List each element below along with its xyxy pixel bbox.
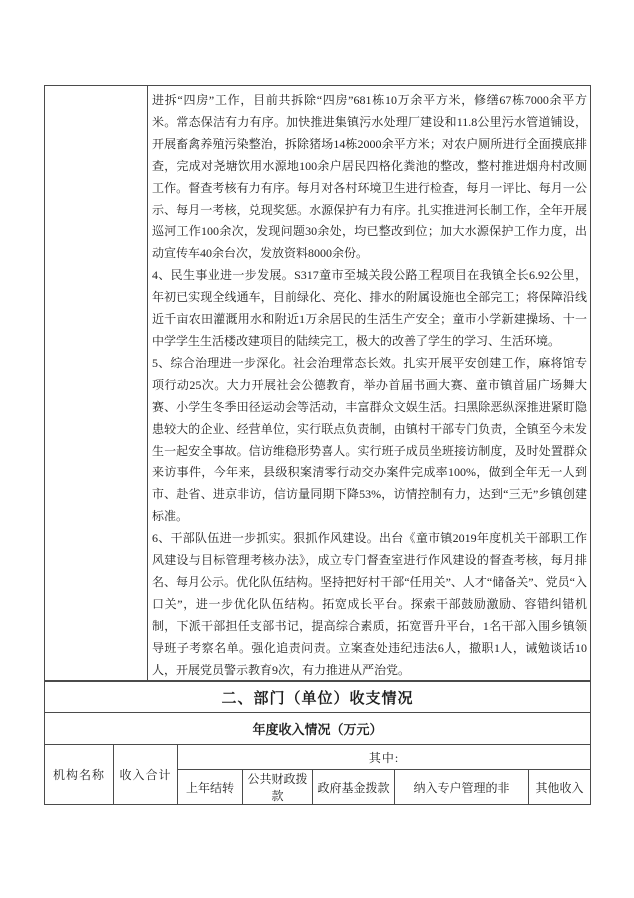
other-income-header-cell: 其他收入 [529, 770, 590, 804]
carryover-header-label: 上年结转 [186, 779, 234, 796]
gov-fund-header-cell: 政府基金拨款 [313, 770, 395, 804]
org-name-header-label: 机构名称 [53, 766, 105, 783]
section2-heading-row: 二、部门（单位）收支情况 [45, 680, 590, 712]
public-finance-header-label: 公共财政拨款 [243, 770, 312, 804]
summary-paragraph-item5: 5、综合治理进一步深化。社会治理常态长效。扎实开展平安创建工作，麻将馆专项行动2… [152, 353, 587, 528]
report-table: 进拆“四房”工作，目前共拆除“四房”681栋10万余平方米，修缮67栋7000余… [44, 85, 591, 805]
total-income-header-label: 收入合计 [119, 766, 171, 783]
row-label-cell [45, 86, 148, 680]
summary-row: 进拆“四房”工作，目前共拆除“四房”681栋10万余平方米，修缮67栋7000余… [45, 86, 590, 680]
income-header-row: 机构名称 收入合计 其中: 上年结转 公共财政拨款 政府基金拨款 [45, 744, 590, 804]
summary-paragraph-continuation: 进拆“四房”工作，目前共拆除“四房”681栋10万余平方米，修缮67栋7000余… [152, 90, 587, 265]
document-page: 进拆“四房”工作，目前共拆除“四房”681栋10万余平方米，修缮67栋7000余… [0, 0, 634, 898]
carryover-header-cell: 上年结转 [178, 770, 243, 804]
income-subcolumns-row: 上年结转 公共财政拨款 政府基金拨款 纳入专户管理的非 其他收入 [178, 770, 590, 804]
work-summary-cell: 进拆“四房”工作，目前共拆除“四房”681栋10万余平方米，修缮67栋7000余… [148, 86, 590, 680]
summary-paragraph-item4: 4、民生事业进一步发展。S317童市至城关段公路工程项目在我镇全长6.92公里，… [152, 265, 587, 353]
special-account-header-cell: 纳入专户管理的非 [395, 770, 529, 804]
income-subheading: 年度收入情况（万元） [252, 719, 382, 738]
gov-fund-header-label: 政府基金拨款 [317, 779, 389, 796]
total-income-header-cell: 收入合计 [114, 745, 178, 804]
among-which-label: 其中: [369, 749, 399, 766]
special-account-header-label: 纳入专户管理的非 [413, 779, 509, 796]
among-which-group: 其中: 上年结转 公共财政拨款 政府基金拨款 纳入专户管理的非 [178, 745, 590, 804]
income-subheading-row: 年度收入情况（万元） [45, 712, 590, 744]
summary-paragraph-item6: 6、干部队伍进一步抓实。狠抓作风建设。出台《童市镇2019年度机关干部职工作风建… [152, 528, 587, 680]
other-income-header-label: 其他收入 [535, 779, 583, 796]
org-name-header-cell: 机构名称 [45, 745, 114, 804]
among-which-header-cell: 其中: [178, 745, 590, 770]
public-finance-header-cell: 公共财政拨款 [243, 770, 313, 804]
section2-heading: 二、部门（单位）收支情况 [221, 687, 413, 708]
